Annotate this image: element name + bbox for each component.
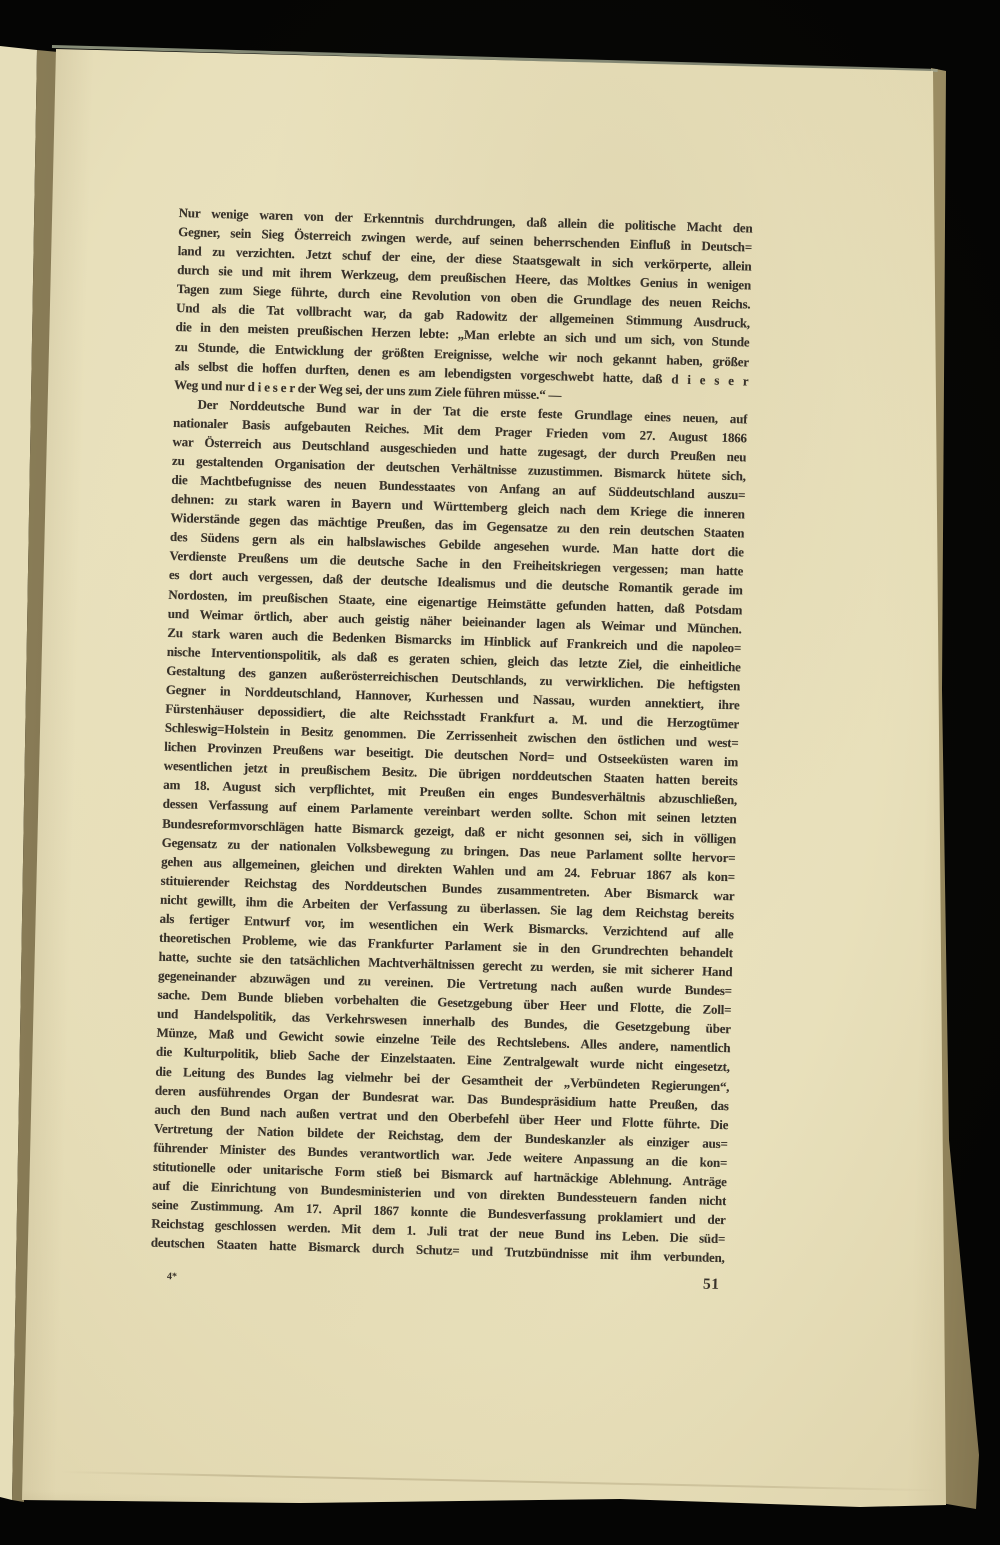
signature-mark: 4*	[167, 1271, 177, 1282]
page-crease	[60, 1471, 940, 1491]
page-number: 51	[703, 1276, 720, 1294]
page-text: Nur wenige waren von der Erkenntnis durc…	[149, 203, 753, 1338]
book-scan: Nur wenige waren von der Erkenntnis durc…	[0, 0, 1000, 1545]
body-text: Nur wenige waren von der Erkenntnis durc…	[151, 203, 753, 1267]
